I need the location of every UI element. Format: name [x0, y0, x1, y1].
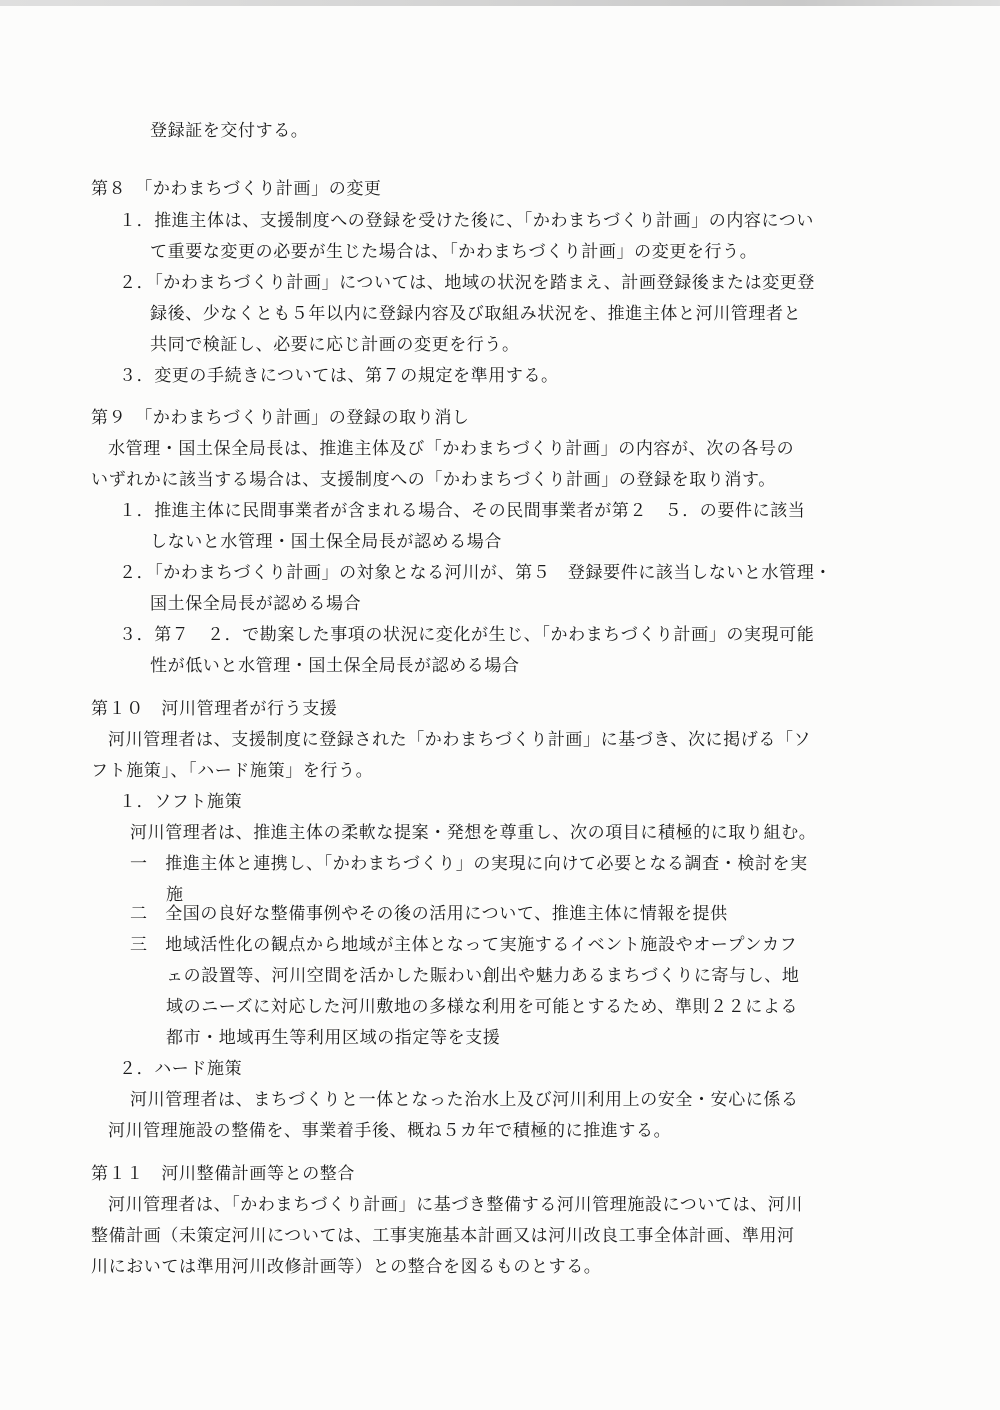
- s9-item-2-cont: 国土保全局長が認める場合: [150, 592, 361, 616]
- section-8-heading: 第８ 「かわまちづくり計画」の変更: [91, 177, 382, 201]
- s9-paragraph-cont: いずれかに該当する場合は、支援制度への「かわまちづくり計画」の登録を取り消す。: [91, 468, 776, 492]
- s10-soft-item-2: 二 全国の良好な整備事例やその後の活用について、推進主体に情報を提供: [130, 902, 728, 926]
- section-10-heading: 第１０ 河川管理者が行う支援: [91, 697, 337, 721]
- s10-soft-item-3-cont: 域のニーズに対応した河川敷地の多様な利用を可能とするため、準則２２による: [166, 995, 798, 1019]
- line-continuation: 登録証を交付する。: [150, 119, 308, 143]
- s10-paragraph-cont: フト施策」、「ハード施策」を行う。: [91, 759, 373, 783]
- s10-soft-item-1: 一 推進主体と連携し、「かわまちづくり」の実現に向けて必要となる調査・検討を実: [130, 852, 808, 876]
- s10-hard-paragraph: 河川管理者は、まちづくりと一体となった治水上及び河川利用上の安全・安心に係る: [130, 1088, 799, 1112]
- s10-hard-measures-heading: ２．ハード施策: [119, 1057, 242, 1081]
- section-9-heading: 第９ 「かわまちづくり計画」の登録の取り消し: [91, 406, 470, 430]
- s8-item-1-cont: て重要な変更の必要が生じた場合は、「かわまちづくり計画」の変更を行う。: [150, 240, 757, 264]
- document-page: 登録証を交付する。第８ 「かわまちづくり計画」の変更１．推進主体は、支援制度への…: [0, 0, 1000, 1410]
- s10-hard-paragraph-cont: 河川管理施設の整備を、事業着手後、概ね５カ年で積極的に推進する。: [108, 1119, 671, 1143]
- s8-item-2: ２．「かわまちづくり計画」については、地域の状況を踏まえ、計画登録後または変更登: [119, 271, 815, 295]
- s10-soft-intro: 河川管理者は、推進主体の柔軟な提案・発想を尊重し、次の項目に積極的に取り組む。: [130, 821, 816, 845]
- s9-item-1-cont: しないと水管理・国土保全局長が認める場合: [150, 530, 502, 554]
- s9-item-1: １．推進主体に民間事業者が含まれる場合、その民間事業者が第２ ５．の要件に該当: [119, 499, 805, 523]
- section-11-heading: 第１１ 河川整備計画等との整合: [91, 1162, 355, 1186]
- s8-item-1: １．推進主体は、支援制度への登録を受けた後に、「かわまちづくり計画」の内容につい: [119, 209, 814, 233]
- s11-paragraph-cont: 川においては準用河川改修計画等）との整合を図るものとする。: [91, 1255, 601, 1279]
- s8-item-2-cont: 録後、少なくとも５年以内に登録内容及び取組み状況を、推進主体と河川管理者と: [150, 302, 801, 326]
- s9-item-3-cont: 性が低いと水管理・国土保全局長が認める場合: [150, 654, 520, 678]
- s11-paragraph: 河川管理者は、「かわまちづくり計画」に基づき整備する河川管理施設については、河川: [108, 1193, 803, 1217]
- s10-soft-item-3: 三 地域活性化の観点から地域が主体となって実施するイベント施設やオープンカフ: [130, 933, 797, 957]
- s9-item-3: ３．第７ ２．で勘案した事項の状況に変化が生じ、「かわまちづくり計画」の実現可能: [119, 623, 814, 647]
- s8-item-2-cont: 共同で検証し、必要に応じ計画の変更を行う。: [150, 333, 520, 357]
- s10-soft-item-3-cont: 都市・地域再生等利用区域の指定等を支援: [166, 1026, 500, 1050]
- s8-item-3: ３．変更の手続きについては、第７の規定を準用する。: [119, 364, 559, 388]
- s9-paragraph: 水管理・国土保全局長は、推進主体及び「かわまちづくり計画」の内容が、次の各号の: [108, 437, 794, 461]
- s10-soft-item-3-cont: ェの設置等、河川空間を活かした賑わい創出や魅力あるまちづくりに寄与し、地: [166, 964, 799, 988]
- s9-item-2: ２．「かわまちづくり計画」の対象となる河川が、第５ 登録要件に該当しないと水管理…: [119, 561, 832, 585]
- s10-paragraph: 河川管理者は、支援制度に登録された「かわまちづくり計画」に基づき、次に掲げる「ソ: [108, 728, 811, 752]
- s11-paragraph-cont: 整備計画（未策定河川については、工事実施基本計画又は河川改良工事全体計画、準用河: [91, 1224, 795, 1248]
- s10-soft-measures-heading: １．ソフト施策: [119, 790, 242, 814]
